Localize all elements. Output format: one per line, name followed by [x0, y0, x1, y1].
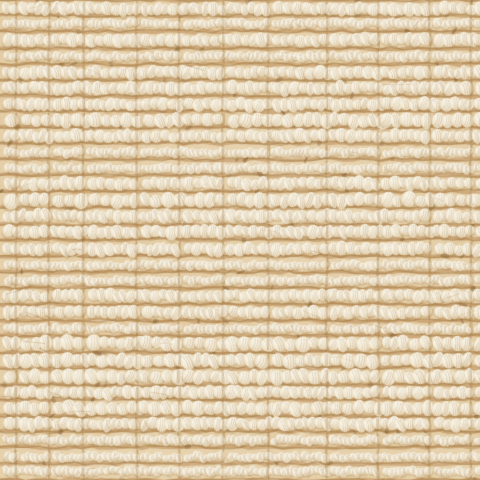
rug-texture-photo: [0, 0, 480, 480]
rug-texture-canvas: [0, 0, 480, 480]
